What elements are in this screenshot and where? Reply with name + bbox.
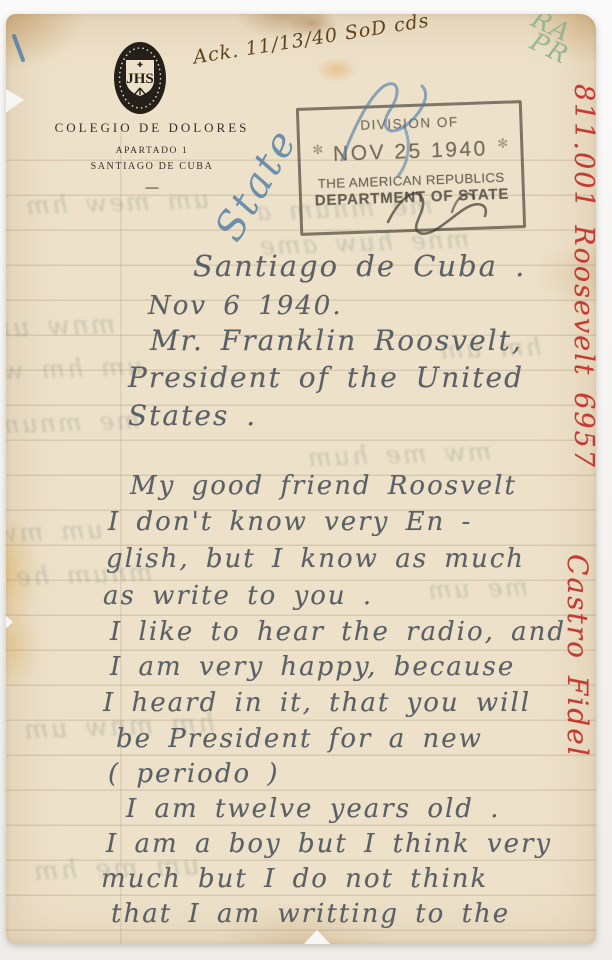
bleed-through-writing: me mnum bbox=[6, 407, 140, 437]
bleed-through-writing: mw me hum bbox=[306, 439, 492, 470]
bleed-through-writing: um hm w bbox=[6, 354, 143, 384]
bleed-through-writing: um mew hm bbox=[24, 187, 210, 218]
letter-body-line: I like to hear the radio, and bbox=[110, 619, 566, 645]
department-of-state-received-stamp: ✻ ✻ DIVISION OF NOV 25 1940 THE AMERICAN… bbox=[296, 100, 526, 236]
blue-edge-mark bbox=[14, 36, 23, 60]
bleed-through-writing: me um bbox=[426, 574, 529, 603]
svg-text:JHS: JHS bbox=[126, 71, 154, 87]
letter-address-line: President of the United bbox=[128, 364, 524, 392]
letter-body-line: I don't know very En - bbox=[108, 509, 472, 535]
letter-date-line: Nov 6 1940. bbox=[148, 293, 343, 319]
letter-address-line: States . bbox=[128, 402, 257, 430]
paper-tear bbox=[302, 930, 332, 944]
paper-tear bbox=[6, 614, 13, 630]
paper-tear bbox=[6, 88, 24, 114]
letter-body-line: My good friend Roosvelt bbox=[130, 473, 517, 499]
stamp-date: NOV 25 1940 bbox=[333, 137, 489, 166]
letter-sheet: JHS COLEGIO DE DOLORES APARTADO 1 SANTIA… bbox=[6, 14, 596, 944]
green-routing-initials: RA PR bbox=[519, 14, 581, 67]
letter-body-line: ( periodo ) bbox=[108, 761, 280, 787]
ack-annotation: Ack. 11/13/40 SoD cds bbox=[192, 14, 431, 69]
letter-body-line: that I am writting to the bbox=[111, 901, 510, 927]
letterhead-apartado: APARTADO 1 bbox=[30, 146, 274, 156]
letter-body-line: much but I do not think bbox=[101, 866, 488, 892]
letter-body-line: I am twelve years old . bbox=[126, 796, 500, 822]
file-number-annotation: 811.001 Roosevelt 6957 bbox=[570, 84, 596, 536]
letter-body-line: as write to you . bbox=[103, 583, 373, 609]
letter-place-line: Santiago de Cuba . bbox=[193, 252, 526, 281]
bleed-through-writing: um mw bbox=[6, 517, 103, 546]
school-emblem: JHS bbox=[112, 38, 168, 123]
letter-body-line: I am a boy but I think very bbox=[106, 831, 552, 857]
stamp-division-line: DIVISION OF bbox=[360, 114, 459, 132]
stamp-ornament-icon: ✻ bbox=[497, 136, 508, 152]
jhs-emblem-graphic: JHS bbox=[112, 38, 168, 118]
name-index-annotation: Castro Fidel bbox=[563, 554, 591, 846]
stamp-ornament-icon: ✻ bbox=[312, 142, 323, 158]
letter-address-line: Mr. Franklin Roosvelt, bbox=[150, 327, 523, 355]
letter-body-line: I heard in it, that you will bbox=[103, 690, 531, 716]
letter-body-line: be President for a new bbox=[116, 726, 483, 752]
letter-body-line: I am very happy, because bbox=[110, 654, 515, 680]
bleed-through-writing: mnw um bbox=[6, 312, 116, 343]
letterhead-school-name: COLEGIO DE DOLORES bbox=[30, 120, 274, 136]
letter-body-line: glish, but I know as much bbox=[106, 546, 525, 572]
